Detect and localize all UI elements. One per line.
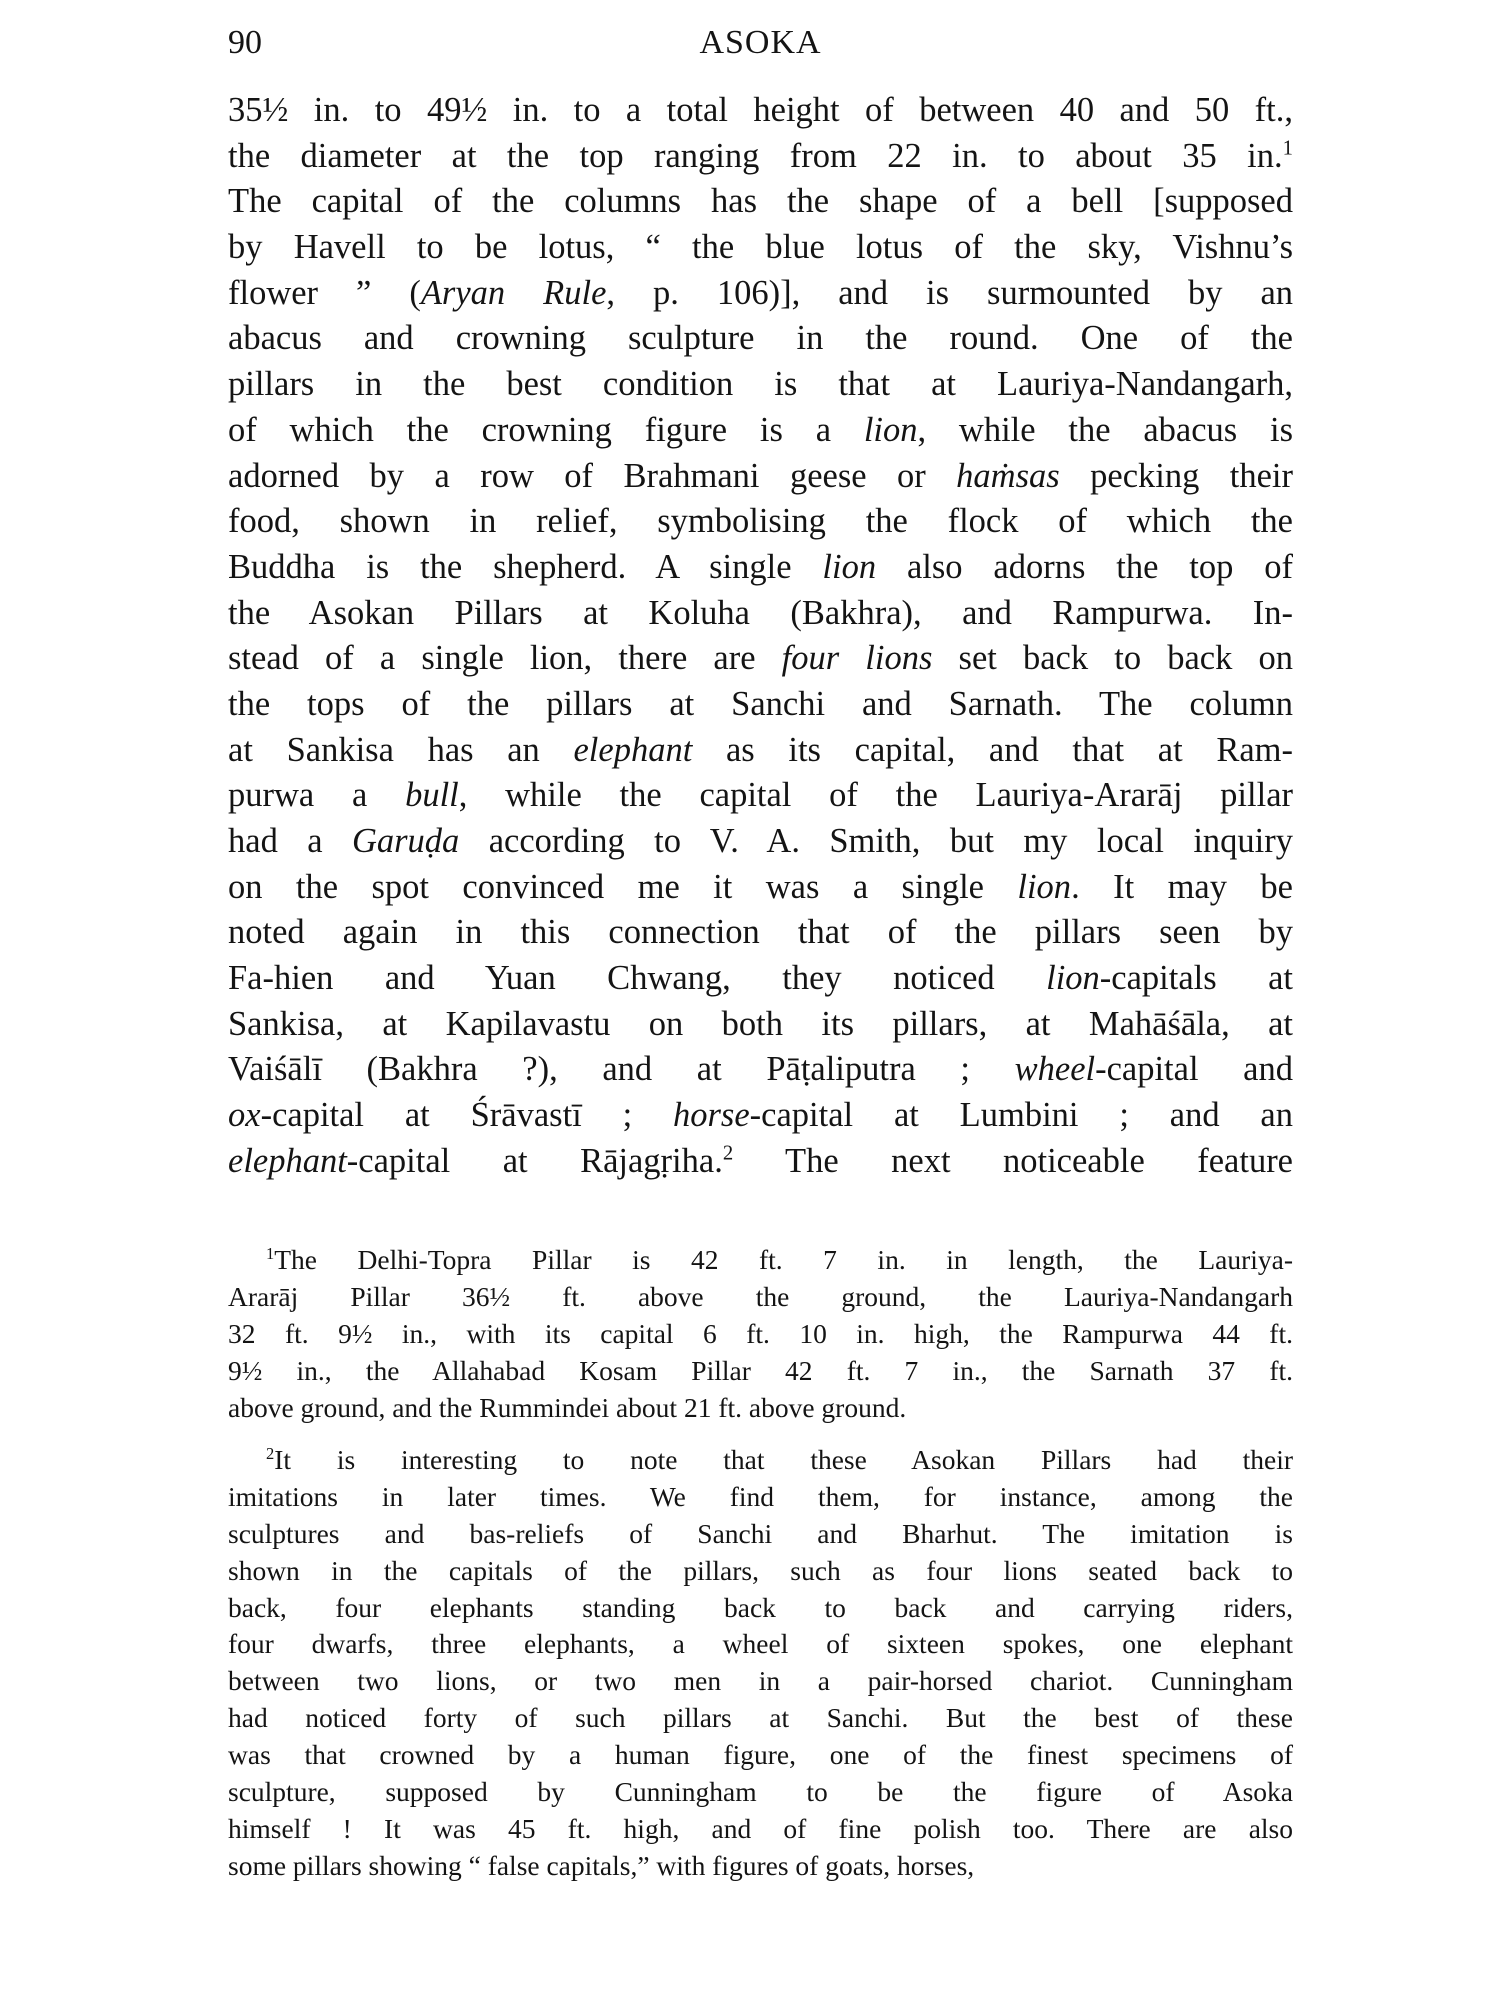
- footnote-text: had noticed forty of such pillars at San…: [228, 1702, 1293, 1733]
- text-run: as its capital, and that at Ram-: [692, 731, 1293, 769]
- text-line: had a Garuḍa according to V. A. Smith, b…: [228, 819, 1293, 865]
- footnote-line: sculpture, supposed by Cunningham to be …: [228, 1774, 1293, 1811]
- text-run: -capital and: [1095, 1050, 1293, 1088]
- italic-term: Garuḍa: [352, 822, 459, 860]
- footnote-text: above ground, and the Rummindei about 21…: [228, 1392, 906, 1423]
- text-line: Buddha is the shepherd. A single lion al…: [228, 545, 1293, 591]
- text-line: on the spot convinced me it was a single…: [228, 865, 1293, 911]
- text-run: The next noticeable feature: [733, 1142, 1293, 1180]
- footnote-line: Ararāj Pillar 36½ ft. above the ground, …: [228, 1279, 1293, 1316]
- footnote-reference: 1: [1283, 137, 1293, 159]
- text-run: food, shown in relief, symbolising the f…: [228, 502, 1293, 540]
- text-line: abacus and crowning sculpture in the rou…: [228, 316, 1293, 362]
- text-run: flower ” (: [228, 274, 421, 312]
- italic-term: ox: [228, 1096, 261, 1134]
- main-text: 35½ in. to 49½ in. to a total height of …: [228, 88, 1293, 1185]
- text-line: by Havell to be lotus, “ the blue lotus …: [228, 225, 1293, 271]
- text-line: Vaiśālī (Bakhra ?), and at Pāṭaliputra ;…: [228, 1047, 1293, 1093]
- footnote-text: 32 ft. 9½ in., with its capital 6 ft. 10…: [228, 1318, 1293, 1349]
- footnote-line: 1The Delhi-Topra Pillar is 42 ft. 7 in. …: [228, 1242, 1293, 1279]
- footnote-text: The Delhi-Topra Pillar is 42 ft. 7 in. i…: [274, 1244, 1293, 1275]
- text-run: Sankisa, at Kapilavastu on both its pill…: [228, 1005, 1293, 1043]
- footnote-text: himself ! It was 45 ft. high, and of fin…: [228, 1813, 1293, 1844]
- text-run: -capital at Lumbini ; and an: [750, 1096, 1293, 1134]
- text-line: the tops of the pillars at Sanchi and Sa…: [228, 682, 1293, 728]
- running-title: ASOKA: [228, 18, 1293, 68]
- text-line: purwa a bull, while the capital of the L…: [228, 773, 1293, 819]
- footnote-text: was that crowned by a human figure, one …: [228, 1739, 1293, 1770]
- footnote-line: back, four elephants standing back to ba…: [228, 1590, 1293, 1627]
- text-run: -capitals at: [1100, 959, 1293, 997]
- text-line: pillars in the best condition is that at…: [228, 362, 1293, 408]
- footnote-line: some pillars showing “ false capitals,” …: [228, 1848, 1293, 1885]
- footnote-line: shown in the capitals of the pillars, su…: [228, 1553, 1293, 1590]
- footnote-line: imitations in later times. We find them,…: [228, 1479, 1293, 1516]
- text-line: noted again in this connection that of t…: [228, 910, 1293, 956]
- text-run: adorned by a row of Brahmani geese or: [228, 457, 956, 495]
- text-line: the Asokan Pillars at Koluha (Bakhra), a…: [228, 591, 1293, 637]
- italic-term: Aryan Rule: [421, 274, 607, 312]
- text-run: , while the capital of the Lauriya-Ararā…: [459, 776, 1293, 814]
- footnote-2: 2It is interesting to note that these As…: [228, 1442, 1293, 1885]
- footnote-text: sculptures and bas-reliefs of Sanchi and…: [228, 1518, 1293, 1549]
- footnote-text: some pillars showing “ false capitals,” …: [228, 1850, 974, 1881]
- footnote-text: Ararāj Pillar 36½ ft. above the ground, …: [228, 1281, 1293, 1312]
- text-run: Buddha is the shepherd. A single: [228, 548, 822, 586]
- footnote-line: four dwarfs, three elephants, a wheel of…: [228, 1626, 1293, 1663]
- italic-term: elephant: [573, 731, 692, 769]
- text-run: The capital of the columns has the shape…: [228, 182, 1293, 220]
- text-line: 35½ in. to 49½ in. to a total height of …: [228, 88, 1293, 134]
- text-run: purwa a: [228, 776, 405, 814]
- text-run: 35½ in. to 49½ in. to a total height of …: [228, 91, 1293, 129]
- text-run: . It may be: [1071, 868, 1293, 906]
- text-run: the tops of the pillars at Sanchi and Sa…: [228, 685, 1293, 723]
- footnote-text: back, four elephants standing back to ba…: [228, 1592, 1293, 1623]
- footnote-line: 9½ in., the Allahabad Kosam Pillar 42 ft…: [228, 1353, 1293, 1390]
- text-run: set back to back on: [932, 639, 1293, 677]
- text-line: at Sankisa has an elephant as its capita…: [228, 728, 1293, 774]
- italic-term: bull: [405, 776, 459, 814]
- text-run: , p. 106)], and is surmounted by an: [606, 274, 1293, 312]
- text-run: Vaiśālī (Bakhra ?), and at Pāṭaliputra ;: [228, 1050, 1015, 1088]
- footnote-marker: 2: [266, 1444, 274, 1463]
- text-line: The capital of the columns has the shape…: [228, 179, 1293, 225]
- footnote-reference: 2: [723, 1142, 733, 1164]
- footnote-text: 9½ in., the Allahabad Kosam Pillar 42 ft…: [228, 1355, 1293, 1386]
- text-run: at Sankisa has an: [228, 731, 573, 769]
- footnote-line: was that crowned by a human figure, one …: [228, 1737, 1293, 1774]
- italic-term: lion: [864, 411, 918, 449]
- text-line: elephant-capital at Rājagṛiha.2 The next…: [228, 1139, 1293, 1185]
- text-run: Fa-hien and Yuan Chwang, they noticed: [228, 959, 1046, 997]
- footnote-line: himself ! It was 45 ft. high, and of fin…: [228, 1811, 1293, 1848]
- text-run: according to V. A. Smith, but my local i…: [459, 822, 1293, 860]
- text-run: had a: [228, 822, 352, 860]
- italic-term: lion: [1017, 868, 1071, 906]
- footnote-line: sculptures and bas-reliefs of Sanchi and…: [228, 1516, 1293, 1553]
- italic-term: lion: [1046, 959, 1100, 997]
- book-page: 90 ASOKA 35½ in. to 49½ in. to a total h…: [0, 0, 1500, 2000]
- text-line: flower ” (Aryan Rule, p. 106)], and is s…: [228, 271, 1293, 317]
- text-line: adorned by a row of Brahmani geese or ha…: [228, 454, 1293, 500]
- text-run: the diameter at the top ranging from 22 …: [228, 137, 1283, 175]
- text-run: of which the crowning figure is a: [228, 411, 864, 449]
- footnote-line: between two lions, or two men in a pair-…: [228, 1663, 1293, 1700]
- text-line: of which the crowning figure is a lion, …: [228, 408, 1293, 454]
- footnote-text: imitations in later times. We find them,…: [228, 1481, 1293, 1512]
- italic-term: lion: [822, 548, 876, 586]
- italic-term: horse: [673, 1096, 750, 1134]
- text-run: , while the abacus is: [918, 411, 1294, 449]
- footnote-line: above ground, and the Rummindei about 21…: [228, 1390, 1293, 1427]
- footnote-line: had noticed forty of such pillars at San…: [228, 1700, 1293, 1737]
- footnote-text: four dwarfs, three elephants, a wheel of…: [228, 1628, 1293, 1659]
- text-run: by Havell to be lotus, “ the blue lotus …: [228, 228, 1293, 266]
- text-run: stead of a single lion, there are: [228, 639, 782, 677]
- text-run: -capital at Rājagṛiha.: [347, 1142, 723, 1180]
- text-run: also adorns the top of: [876, 548, 1293, 586]
- footnote-text: shown in the capitals of the pillars, su…: [228, 1555, 1293, 1586]
- text-run: -capital at Śrāvastī ;: [261, 1096, 673, 1134]
- italic-term: haṁsas: [956, 457, 1060, 495]
- footnote-line: 2It is interesting to note that these As…: [228, 1442, 1293, 1479]
- text-run: the Asokan Pillars at Koluha (Bakhra), a…: [228, 594, 1293, 632]
- text-run: noted again in this connection that of t…: [228, 913, 1293, 951]
- footnote-text: between two lions, or two men in a pair-…: [228, 1665, 1293, 1696]
- text-line: the diameter at the top ranging from 22 …: [228, 134, 1293, 180]
- italic-term: wheel: [1015, 1050, 1095, 1088]
- footnote-marker: 1: [266, 1244, 274, 1263]
- text-run: pecking their: [1060, 457, 1293, 495]
- italic-term: four lions: [782, 639, 933, 677]
- text-line: food, shown in relief, symbolising the f…: [228, 499, 1293, 545]
- text-line: ox-capital at Śrāvastī ; horse-capital a…: [228, 1093, 1293, 1139]
- text-run: on the spot convinced me it was a single: [228, 868, 1017, 906]
- footnote-line: 32 ft. 9½ in., with its capital 6 ft. 10…: [228, 1316, 1293, 1353]
- italic-term: elephant: [228, 1142, 347, 1180]
- footnote-1: 1The Delhi-Topra Pillar is 42 ft. 7 in. …: [228, 1242, 1293, 1426]
- text-line: Fa-hien and Yuan Chwang, they noticed li…: [228, 956, 1293, 1002]
- text-run: pillars in the best condition is that at…: [228, 365, 1293, 403]
- footnote-text: It is interesting to note that these Aso…: [274, 1444, 1293, 1475]
- running-head: 90 ASOKA: [228, 18, 1293, 68]
- text-line: Sankisa, at Kapilavastu on both its pill…: [228, 1002, 1293, 1048]
- text-run: abacus and crowning sculpture in the rou…: [228, 319, 1293, 357]
- footnote-text: sculpture, supposed by Cunningham to be …: [228, 1776, 1293, 1807]
- text-line: stead of a single lion, there are four l…: [228, 636, 1293, 682]
